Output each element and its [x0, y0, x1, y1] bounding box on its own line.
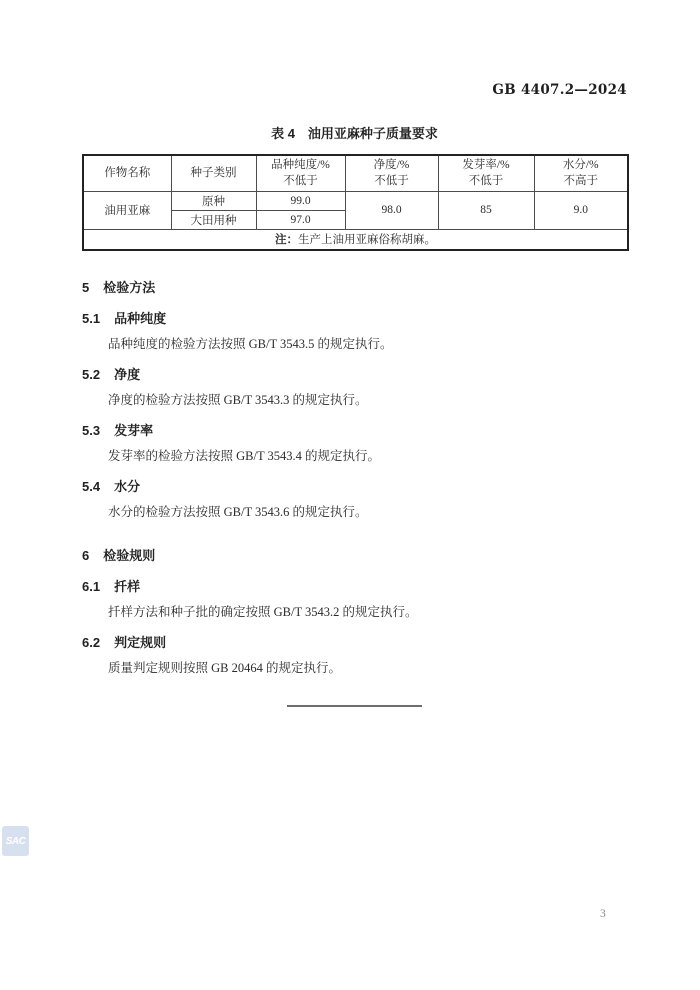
table-header-row: 作物名称 种子类别 品种纯度/% 不低于 净度/% 不低于 发芽率/% 不低于 …: [83, 155, 628, 191]
section-heading-5-2: 5.2净度: [82, 368, 627, 382]
seed-quality-table: 作物名称 种子类别 品种纯度/% 不低于 净度/% 不低于 发芽率/% 不低于 …: [82, 154, 629, 251]
section-heading-5-1: 5.1品种纯度: [82, 312, 627, 326]
col-header-crop-name: 作物名称: [83, 155, 171, 191]
section-heading-5-4: 5.4水分: [82, 480, 627, 494]
cell-cleanliness: 98.0: [345, 191, 438, 229]
section-paragraph-6-2: 质量判定规则按照 GB 20464 的规定执行。: [82, 661, 627, 675]
standard-number: GB 4407.2—2024: [82, 83, 627, 98]
col-header-moisture: 水分/% 不高于: [534, 155, 628, 191]
cell-moisture: 9.0: [534, 191, 628, 229]
section-heading-6-1: 6.1扦样: [82, 580, 627, 594]
table-note-row: 注：生产上油用亚麻俗称胡麻。: [83, 229, 628, 250]
col-header-cleanliness: 净度/% 不低于: [345, 155, 438, 191]
section-paragraph-6-1: 扦样方法和种子批的确定按照 GB/T 3543.2 的规定执行。: [82, 605, 627, 619]
section-heading-6-2: 6.2判定规则: [82, 636, 627, 650]
col-header-germination-rate: 发芽率/% 不低于: [438, 155, 534, 191]
document-end-rule: [287, 705, 422, 707]
table-note: 注：生产上油用亚麻俗称胡麻。: [83, 229, 628, 250]
document-page: GB 4407.2—2024 表 4 油用亚麻种子质量要求 作物名称 种子类别 …: [0, 0, 700, 990]
cell-crop-name: 油用亚麻: [83, 191, 171, 229]
note-text: 生产上油用亚麻俗称胡麻。: [298, 234, 436, 246]
cell-germination: 85: [438, 191, 534, 229]
section-paragraph-5-1: 品种纯度的检验方法按照 GB/T 3543.5 的规定执行。: [82, 337, 627, 351]
col-header-variety-purity: 品种纯度/% 不低于: [256, 155, 345, 191]
section-heading-6: 6检验规则: [82, 549, 627, 563]
table-title: 表 4 油用亚麻种子质量要求: [82, 126, 627, 141]
section-heading-5-3: 5.3发芽率: [82, 424, 627, 438]
sac-watermark-badge: SAC: [2, 826, 29, 856]
cell-purity-field: 97.0: [256, 210, 345, 229]
section-heading-5: 5检验方法: [82, 281, 627, 295]
section-paragraph-5-2: 净度的检验方法按照 GB/T 3543.3 的规定执行。: [82, 393, 627, 407]
page-content: GB 4407.2—2024 表 4 油用亚麻种子质量要求 作物名称 种子类别 …: [82, 0, 627, 707]
section-paragraph-5-3: 发芽率的检验方法按照 GB/T 3543.4 的规定执行。: [82, 449, 627, 463]
cell-seed-type-original: 原种: [171, 191, 256, 210]
cell-purity-original: 99.0: [256, 191, 345, 210]
col-header-seed-type: 种子类别: [171, 155, 256, 191]
page-number: 3: [600, 908, 606, 920]
section-paragraph-5-4: 水分的检验方法按照 GB/T 3543.6 的规定执行。: [82, 505, 627, 519]
table-row: 油用亚麻 原种 99.0 98.0 85 9.0: [83, 191, 628, 210]
cell-seed-type-field: 大田用种: [171, 210, 256, 229]
note-label: 注：: [275, 234, 298, 246]
